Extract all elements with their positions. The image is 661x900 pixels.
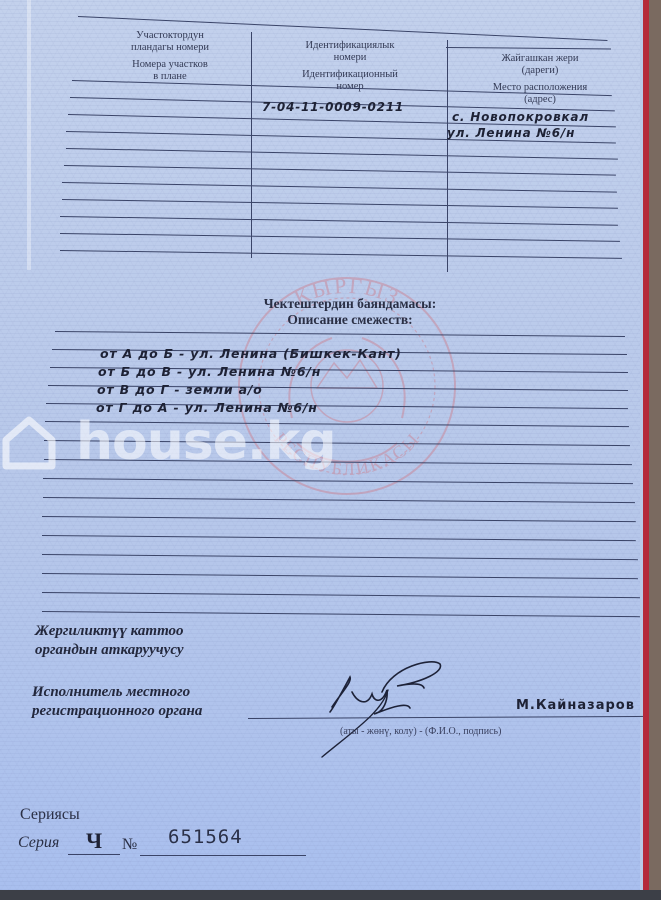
house-kg-watermark: house.kg — [0, 412, 336, 472]
adjacency-line — [43, 478, 633, 484]
adjacency-line — [55, 331, 625, 337]
adjacency-line — [42, 516, 636, 522]
location-line-2: ул. Ленина №6/н — [447, 126, 575, 140]
column-header-plan-number: Участоктордун пландагы номери Номера уча… — [95, 30, 245, 83]
cover-edge — [643, 0, 661, 900]
signature-icon — [312, 652, 452, 762]
location-line-1: с. Новопокровкал — [452, 110, 589, 124]
series-label-ru: Серия — [18, 834, 59, 852]
number-sign: № — [122, 836, 137, 854]
adjacency-line — [42, 554, 638, 560]
table-header-line — [446, 47, 611, 49]
column-header-location: Жайгашкан жери (дареги) Место расположен… — [465, 53, 615, 106]
adjacency-line — [42, 611, 640, 617]
adjacency-entry: от Б до В - ул. Ленина №6/н — [98, 364, 321, 379]
adjacency-line — [43, 497, 635, 503]
identification-number-value: 7-04-11-0009-0211 — [262, 100, 404, 114]
adjacency-entry: от В до Г - земли а/о — [97, 382, 263, 397]
adjacency-line — [42, 592, 640, 598]
table-row-line — [62, 199, 618, 209]
table-column-divider — [251, 32, 252, 258]
house-icon — [0, 414, 58, 470]
adjacency-title-ru: Описание смежеств: — [200, 312, 500, 328]
executor-label-ky: Жергиликтүү каттоо органдын аткаруучусу — [35, 622, 184, 660]
adjacency-line — [42, 573, 638, 579]
table-row-line — [60, 216, 618, 226]
table-row-line — [62, 182, 617, 193]
adjacency-entry: от А до Б - ул. Ленина (Бишкек-Кант) — [100, 346, 402, 361]
adjacency-line — [42, 535, 636, 541]
signature-caption: (аты - жөнү, колу) - (Ф.И.О., подпись) — [340, 726, 501, 737]
series-value: Ч — [86, 828, 102, 854]
adjacency-title-ky: Чектештердин баяндамасы: — [200, 296, 500, 312]
executor-label-ru: Исполнитель местного регистрационного ор… — [32, 683, 202, 721]
table-row-line — [60, 250, 622, 259]
table-row-line — [66, 148, 618, 160]
series-underline — [68, 854, 120, 855]
document-number: 651564 — [168, 826, 243, 848]
series-label-ky: Сериясы — [20, 806, 80, 824]
document-page: КЫРГЫЗ РЕСПУБЛИКАСЫ Участоктордун планда… — [0, 0, 640, 890]
column-header-identification-number: Идентификациялык номери Идентификационны… — [270, 40, 430, 93]
number-underline — [140, 855, 306, 856]
watermark-text: house.kg — [76, 412, 336, 472]
table-row-line — [60, 233, 620, 242]
table-surface — [0, 890, 661, 900]
table-row-line — [64, 165, 616, 176]
paper-fold — [27, 0, 31, 270]
executor-name: М.Кайназаров — [516, 698, 635, 713]
